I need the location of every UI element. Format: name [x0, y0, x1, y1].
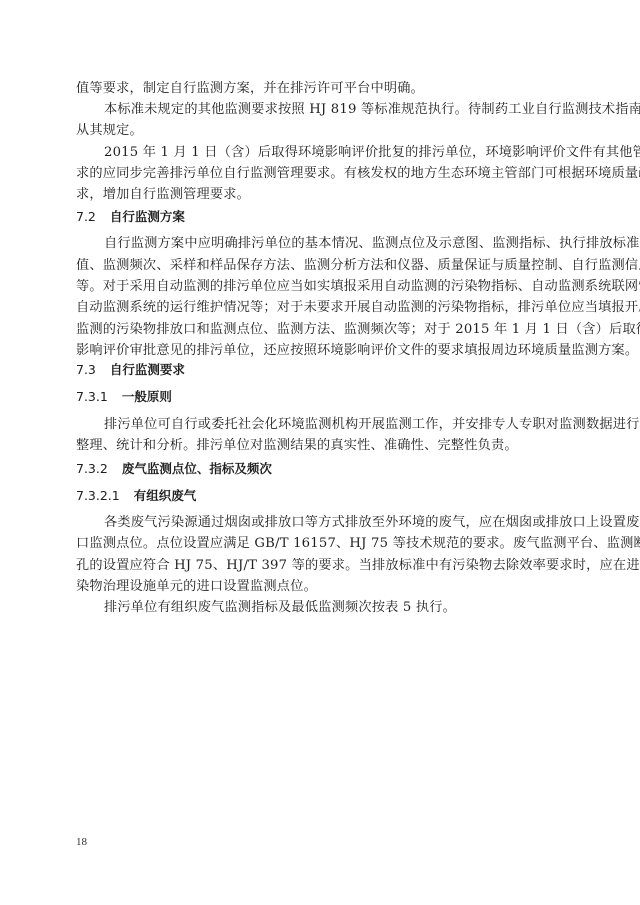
paragraph-line: 等。对于采用自动监测的排污单位应当如实填报采用自动监测的污染物指标、自动监测系统…: [76, 276, 574, 297]
paragraph-line: 求，增加自行监测管理要求。: [76, 184, 574, 205]
paragraph-line: 2015 年 1 月 1 日（含）后取得环境影响评价批复的排污单位，环境影响评价…: [104, 142, 574, 163]
paragraph-line: 各类废气污染源通过烟囱或排放口等方式排放至外环境的废气，应在烟囱或排放口上设置废…: [104, 512, 574, 533]
paragraph-line: 值、监测频次、采样和样品保存方法、监测分析方法和仪器、质量保证与质量控制、自行监…: [76, 255, 574, 276]
section-heading-7-2: 7.2自行监测方案: [76, 206, 185, 227]
section-heading-7-3-2-1: 7.3.2.1有组织废气: [76, 485, 196, 506]
section-number: 7.3.2.1: [76, 485, 120, 506]
section-title: 废气监测点位、指标及频次: [122, 458, 272, 479]
paragraph-line: 自动监测系统的运行维护情况等；对于未要求开展自动监测的污染物指标，排污单位应当填…: [76, 297, 574, 318]
paragraph-line: 从其规定。: [76, 120, 574, 141]
paragraph-line: 染物治理设施单元的进口设置监测点位。: [76, 576, 574, 597]
paragraph-line: 整理、统计和分析。排污单位对监测结果的真实性、准确性、完整性负责。: [76, 435, 574, 456]
section-number: 7.3.2: [76, 458, 108, 479]
section-number: 7.3: [76, 359, 96, 380]
paragraph-line: 孔的设置应符合 HJ 75、HJ/T 397 等的要求。当排放标准中有污染物去除…: [76, 555, 574, 576]
section-number: 7.2: [76, 206, 96, 227]
paragraph-line: 求的应同步完善排污单位自行监测管理要求。有核发权的地方生态环境主管部门可根据环境…: [76, 163, 574, 184]
section-heading-7-3-2: 7.3.2废气监测点位、指标及频次: [76, 458, 272, 479]
page-number: 18: [76, 836, 87, 848]
section-heading-7-3: 7.3自行监测要求: [76, 359, 185, 380]
paragraph-line: 值等要求，制定自行监测方案，并在排污许可平台中明确。: [76, 78, 574, 99]
section-number: 7.3.1: [76, 386, 108, 407]
document-page: 值等要求，制定自行监测方案，并在排污许可平台中明确。 本标准未规定的其他监测要求…: [0, 0, 640, 905]
paragraph-line: 监测的污染物排放口和监测点位、监测方法、监测频次等；对于 2015 年 1 月 …: [76, 319, 574, 340]
paragraph-line: 口监测点位。点位设置应满足 GB/T 16157、HJ 75 等技术规范的要求。…: [76, 533, 574, 554]
section-title: 一般原则: [122, 386, 172, 407]
paragraph-line: 排污单位有组织废气监测指标及最低监测频次按表 5 执行。: [104, 597, 574, 618]
paragraph-line: 影响评价审批意见的排污单位，还应按照环境影响评价文件的要求填报周边环境质量监测方…: [76, 340, 574, 361]
section-title: 自行监测要求: [110, 359, 185, 380]
paragraph-line: 排污单位可自行或委托社会化环境监测机构开展监测工作，并安排专人专职对监测数据进行…: [104, 414, 574, 435]
section-heading-7-3-1: 7.3.1一般原则: [76, 386, 172, 407]
paragraph-line: 自行监测方案中应明确排污单位的基本情况、监测点位及示意图、监测指标、执行排放标准…: [104, 233, 574, 254]
paragraph-line: 本标准未规定的其他监测要求按照 HJ 819 等标准规范执行。待制药工业自行监测…: [104, 99, 574, 120]
section-title: 自行监测方案: [110, 206, 185, 227]
section-title: 有组织废气: [134, 485, 197, 506]
